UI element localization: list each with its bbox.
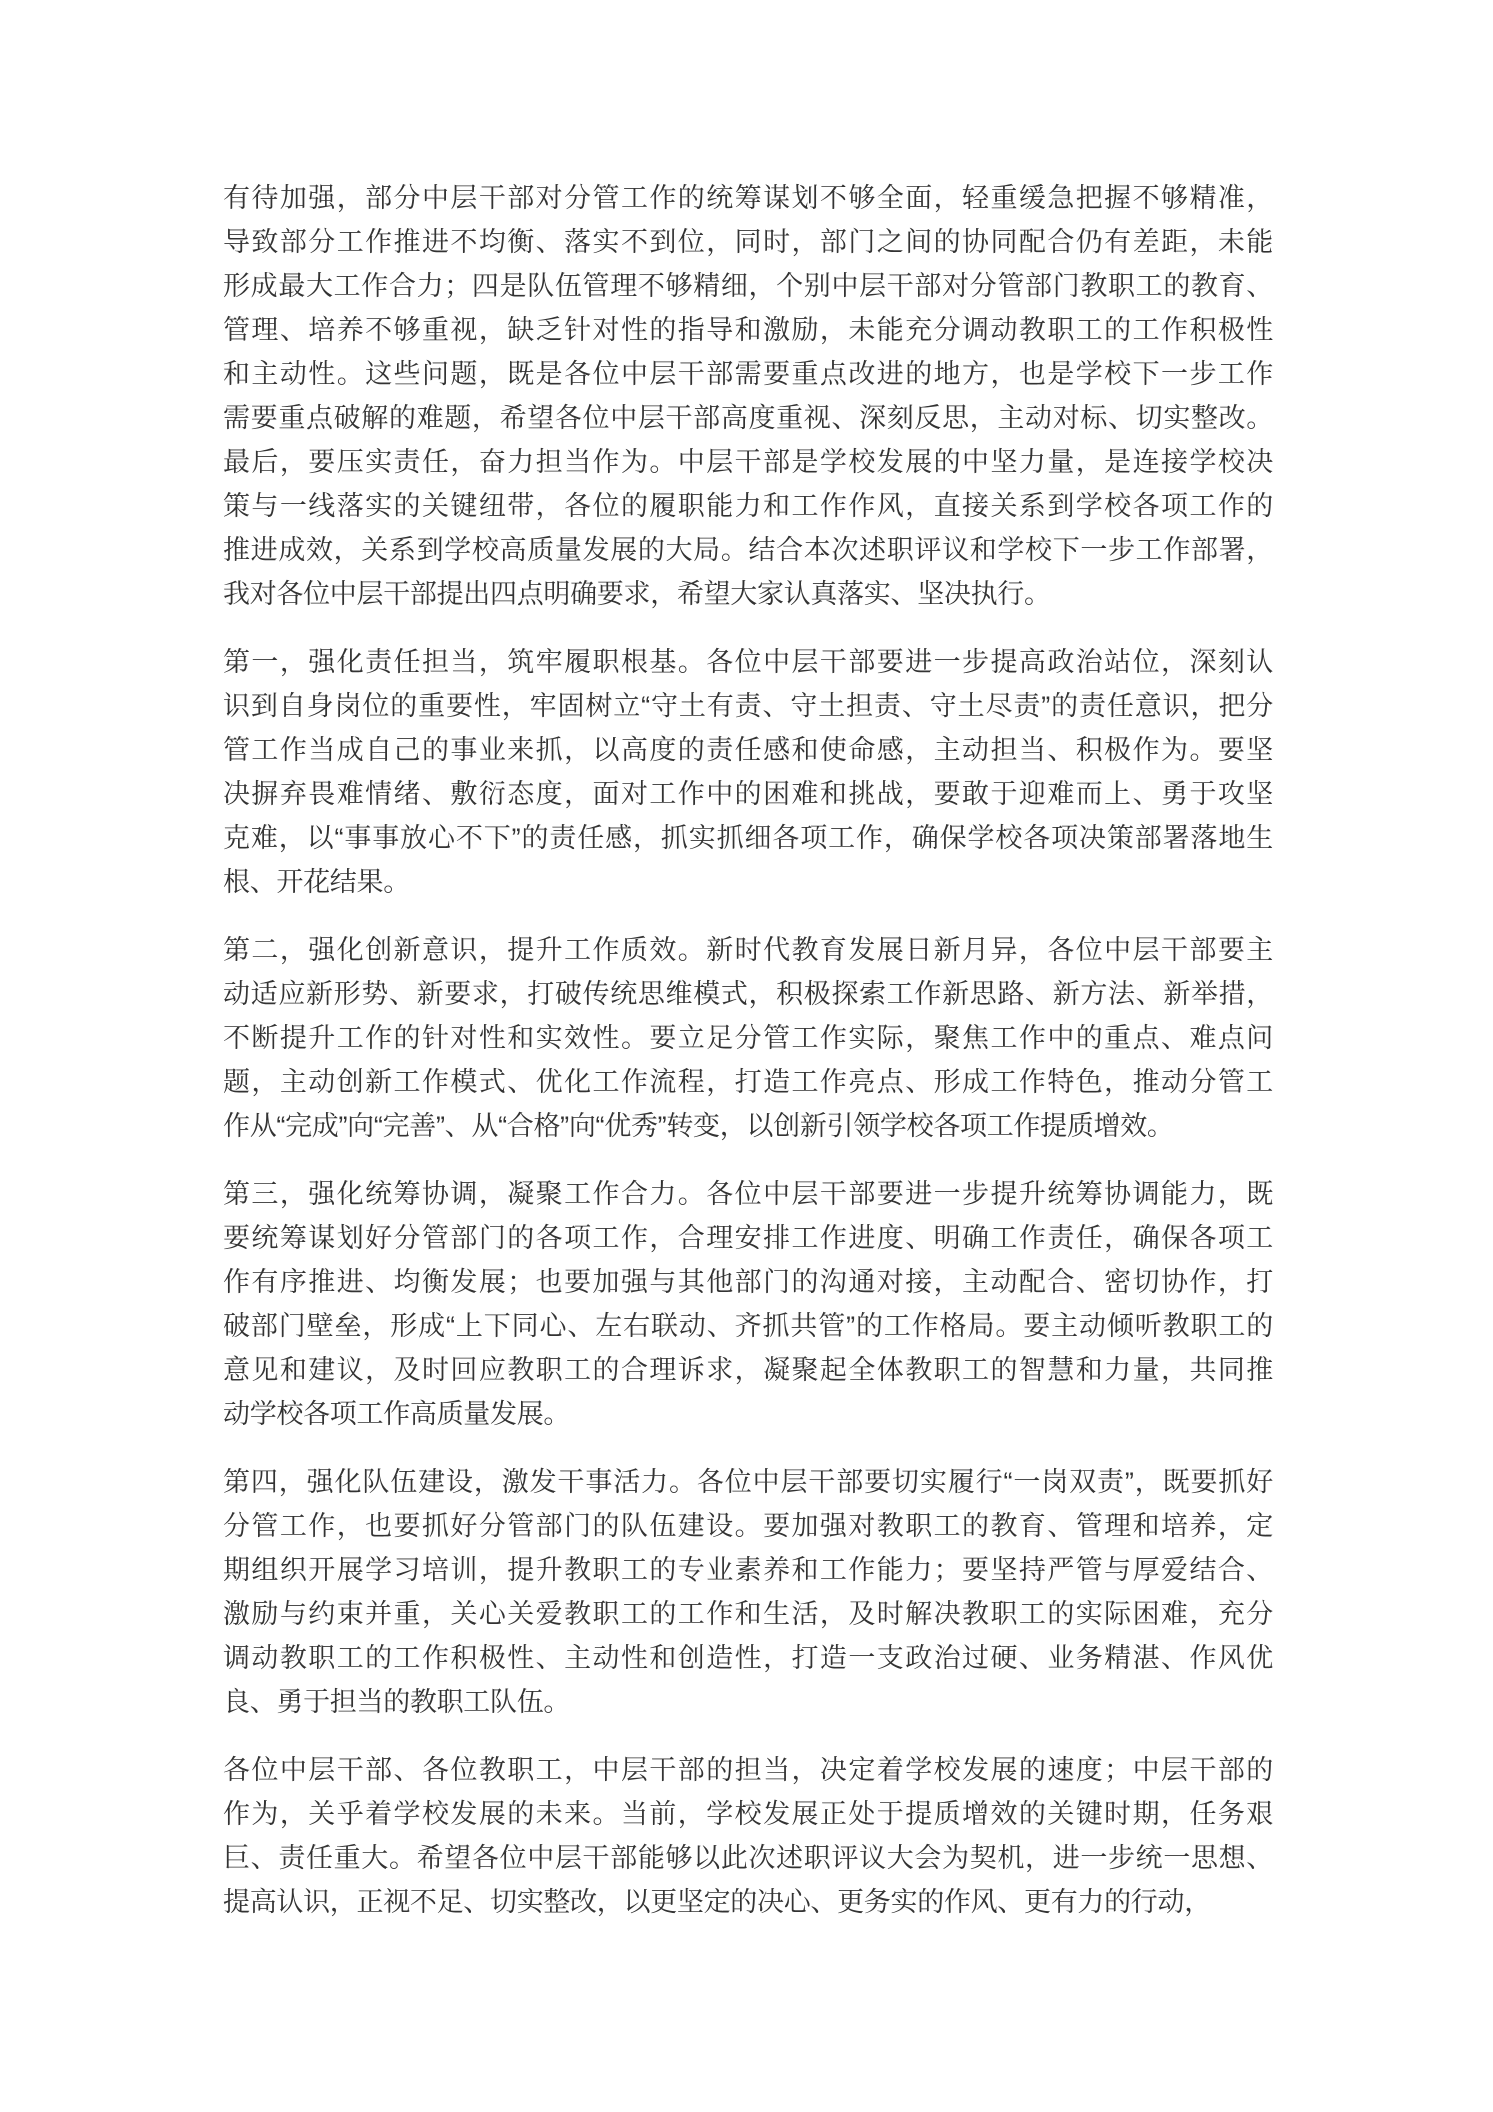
paragraph: 第四，强化队伍建设，激发干事活力。各位中层干部要切实履行“一岗双责”，既要抓好分… — [223, 1460, 1273, 1724]
text-line: 意见和建议，及时回应教职工的合理诉求，凝聚起全体教职工的智慧和力量，共同推 — [223, 1348, 1273, 1392]
text-line: 要统筹谋划好分管部门的各项工作，合理安排工作进度、明确工作责任，确保各项工 — [223, 1216, 1273, 1260]
text-line: 破部门壁垒，形成“上下同心、左右联动、齐抓共管”的工作格局。要主动倾听教职工的 — [223, 1304, 1273, 1348]
text-line: 动适应新形势、新要求，打破传统思维模式，积极探索工作新思路、新方法、新举措， — [223, 972, 1273, 1016]
text-line: 第三，强化统筹协调，凝聚工作合力。各位中层干部要进一步提升统筹协调能力，既 — [223, 1172, 1273, 1216]
text-line: 决摒弃畏难情绪、敷衍态度，面对工作中的困难和挑战，要敢于迎难而上、勇于攻坚 — [223, 772, 1273, 816]
paragraph: 有待加强，部分中层干部对分管工作的统筹谋划不够全面，轻重缓急把握不够精准，导致部… — [223, 176, 1273, 616]
text-line: 题，主动创新工作模式、优化工作流程，打造工作亮点、形成工作特色，推动分管工 — [223, 1060, 1273, 1104]
text-line: 动学校各项工作高质量发展。 — [223, 1392, 1273, 1436]
text-line: 第四，强化队伍建设，激发干事活力。各位中层干部要切实履行“一岗双责”，既要抓好 — [223, 1460, 1273, 1504]
text-line: 推进成效，关系到学校高质量发展的大局。结合本次述职评议和学校下一步工作部署， — [223, 528, 1273, 572]
text-line: 作有序推进、均衡发展；也要加强与其他部门的沟通对接，主动配合、密切协作，打 — [223, 1260, 1273, 1304]
text-line: 分管工作，也要抓好分管部门的队伍建设。要加强对教职工的教育、管理和培养，定 — [223, 1504, 1273, 1548]
text-line: 第一，强化责任担当，筑牢履职根基。各位中层干部要进一步提高政治站位，深刻认 — [223, 640, 1273, 684]
text-line: 策与一线落实的关键纽带，各位的履职能力和工作作风，直接关系到学校各项工作的 — [223, 484, 1273, 528]
text-line: 良、勇于担当的教职工队伍。 — [223, 1680, 1273, 1724]
text-line: 和主动性。这些问题，既是各位中层干部需要重点改进的地方，也是学校下一步工作 — [223, 352, 1273, 396]
text-line: 管工作当成自己的事业来抓，以高度的责任感和使命感，主动担当、积极作为。要坚 — [223, 728, 1273, 772]
paragraph: 第三，强化统筹协调，凝聚工作合力。各位中层干部要进一步提升统筹协调能力，既要统筹… — [223, 1172, 1273, 1436]
text-line: 克难，以“事事放心不下”的责任感，抓实抓细各项工作，确保学校各项决策部署落地生 — [223, 816, 1273, 860]
text-line: 有待加强，部分中层干部对分管工作的统筹谋划不够全面，轻重缓急把握不够精准， — [223, 176, 1273, 220]
text-line: 需要重点破解的难题，希望各位中层干部高度重视、深刻反思，主动对标、切实整改。 — [223, 396, 1273, 440]
paragraph: 各位中层干部、各位教职工，中层干部的担当，决定着学校发展的速度；中层干部的作为，… — [223, 1748, 1273, 1924]
text-line: 不断提升工作的针对性和实效性。要立足分管工作实际，聚焦工作中的重点、难点问 — [223, 1016, 1273, 1060]
text-line: 激励与约束并重，关心关爱教职工的工作和生活，及时解决教职工的实际困难，充分 — [223, 1592, 1273, 1636]
text-line: 各位中层干部、各位教职工，中层干部的担当，决定着学校发展的速度；中层干部的 — [223, 1748, 1273, 1792]
document-text: 有待加强，部分中层干部对分管工作的统筹谋划不够全面，轻重缓急把握不够精准，导致部… — [223, 176, 1273, 1948]
text-line: 识到自身岗位的重要性，牢固树立“守土有责、守土担责、守土尽责”的责任意识，把分 — [223, 684, 1273, 728]
text-line: 作为，关乎着学校发展的未来。当前，学校发展正处于提质增效的关键时期，任务艰 — [223, 1792, 1273, 1836]
text-line: 巨、责任重大。希望各位中层干部能够以此次述职评议大会为契机，进一步统一思想、 — [223, 1836, 1273, 1880]
text-line: 第二，强化创新意识，提升工作质效。新时代教育发展日新月异，各位中层干部要主 — [223, 928, 1273, 972]
text-line: 提高认识，正视不足、切实整改，以更坚定的决心、更务实的作风、更有力的行动， — [223, 1880, 1273, 1924]
text-line: 根、开花结果。 — [223, 860, 1273, 904]
text-line: 我对各位中层干部提出四点明确要求，希望大家认真落实、坚决执行。 — [223, 572, 1273, 616]
text-line: 管理、培养不够重视，缺乏针对性的指导和激励，未能充分调动教职工的工作积极性 — [223, 308, 1273, 352]
paragraph: 第一，强化责任担当，筑牢履职根基。各位中层干部要进一步提高政治站位，深刻认识到自… — [223, 640, 1273, 904]
text-line: 作从“完成”向“完善”、从“合格”向“优秀”转变，以创新引领学校各项工作提质增效… — [223, 1104, 1273, 1148]
text-line: 调动教职工的工作积极性、主动性和创造性，打造一支政治过硬、业务精湛、作风优 — [223, 1636, 1273, 1680]
paragraph: 第二，强化创新意识，提升工作质效。新时代教育发展日新月异，各位中层干部要主动适应… — [223, 928, 1273, 1148]
text-line: 期组织开展学习培训，提升教职工的专业素养和工作能力；要坚持严管与厚爱结合、 — [223, 1548, 1273, 1592]
text-line: 形成最大工作合力；四是队伍管理不够精细，个别中层干部对分管部门教职工的教育、 — [223, 264, 1273, 308]
text-line: 导致部分工作推进不均衡、落实不到位，同时，部门之间的协同配合仍有差距，未能 — [223, 220, 1273, 264]
text-line: 最后，要压实责任，奋力担当作为。中层干部是学校发展的中坚力量，是连接学校决 — [223, 440, 1273, 484]
